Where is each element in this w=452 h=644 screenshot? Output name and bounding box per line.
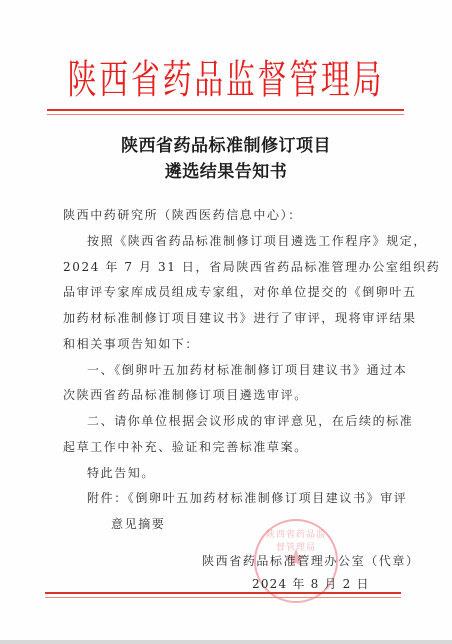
item2-line: 起草工作中补充、验证和完善标准草案。	[63, 438, 393, 455]
closing-line: 特此告知。	[87, 464, 417, 481]
item1-line: 一、《倒卵叶五加药材标准制修订项目建议书》通过本	[87, 361, 417, 378]
paragraph1-line: 2024 年 7 月 31 日，省局陕西省药品标准管理办公室组织药	[63, 258, 393, 275]
document-title-line1: 陕西省药品标准制修订项目	[0, 131, 452, 156]
issuer-name: 陕西省药品标准管理办公室（代章）	[202, 552, 420, 569]
paragraph1-line: 和相关事项告知如下：	[63, 335, 393, 352]
paragraph1-line: 品审评专家库成员组成专家组，对你单位提交的《倒卵叶五	[63, 283, 393, 300]
issue-date: 2024 年 8 月 2 日	[252, 575, 370, 592]
recipient-line: 陕西中药研究所（陕西医药信息中心）：	[63, 206, 393, 223]
attachment-line: 附件：《倒卵叶五加药材标准制修订项目建议书》审评	[87, 489, 417, 506]
document-title-line2: 遴选结果告知书	[0, 157, 452, 182]
paragraph1-line: 加药材标准制修订项目建议书》进行了审评，现将审评结果	[63, 309, 393, 326]
footer-divider	[45, 592, 401, 598]
paragraph1-line: 按照《陕西省药品标准制修订项目遴选工作程序》规定，	[87, 232, 417, 249]
item2-line: 二、请你单位根据会议形成的审评意见，在后续的标准	[87, 412, 417, 429]
page-edge	[0, 640, 452, 644]
document-page: 陕西省药品监督管理局 陕西省药品标准制修订项目 遴选结果告知书 陕西中药研究所（…	[0, 0, 452, 640]
letterhead-divider	[47, 109, 404, 115]
item1-line: 次陕西省药品标准制修订项目遴选审评。	[63, 386, 393, 403]
letterhead-org-name: 陕西省药品监督管理局	[63, 57, 388, 103]
